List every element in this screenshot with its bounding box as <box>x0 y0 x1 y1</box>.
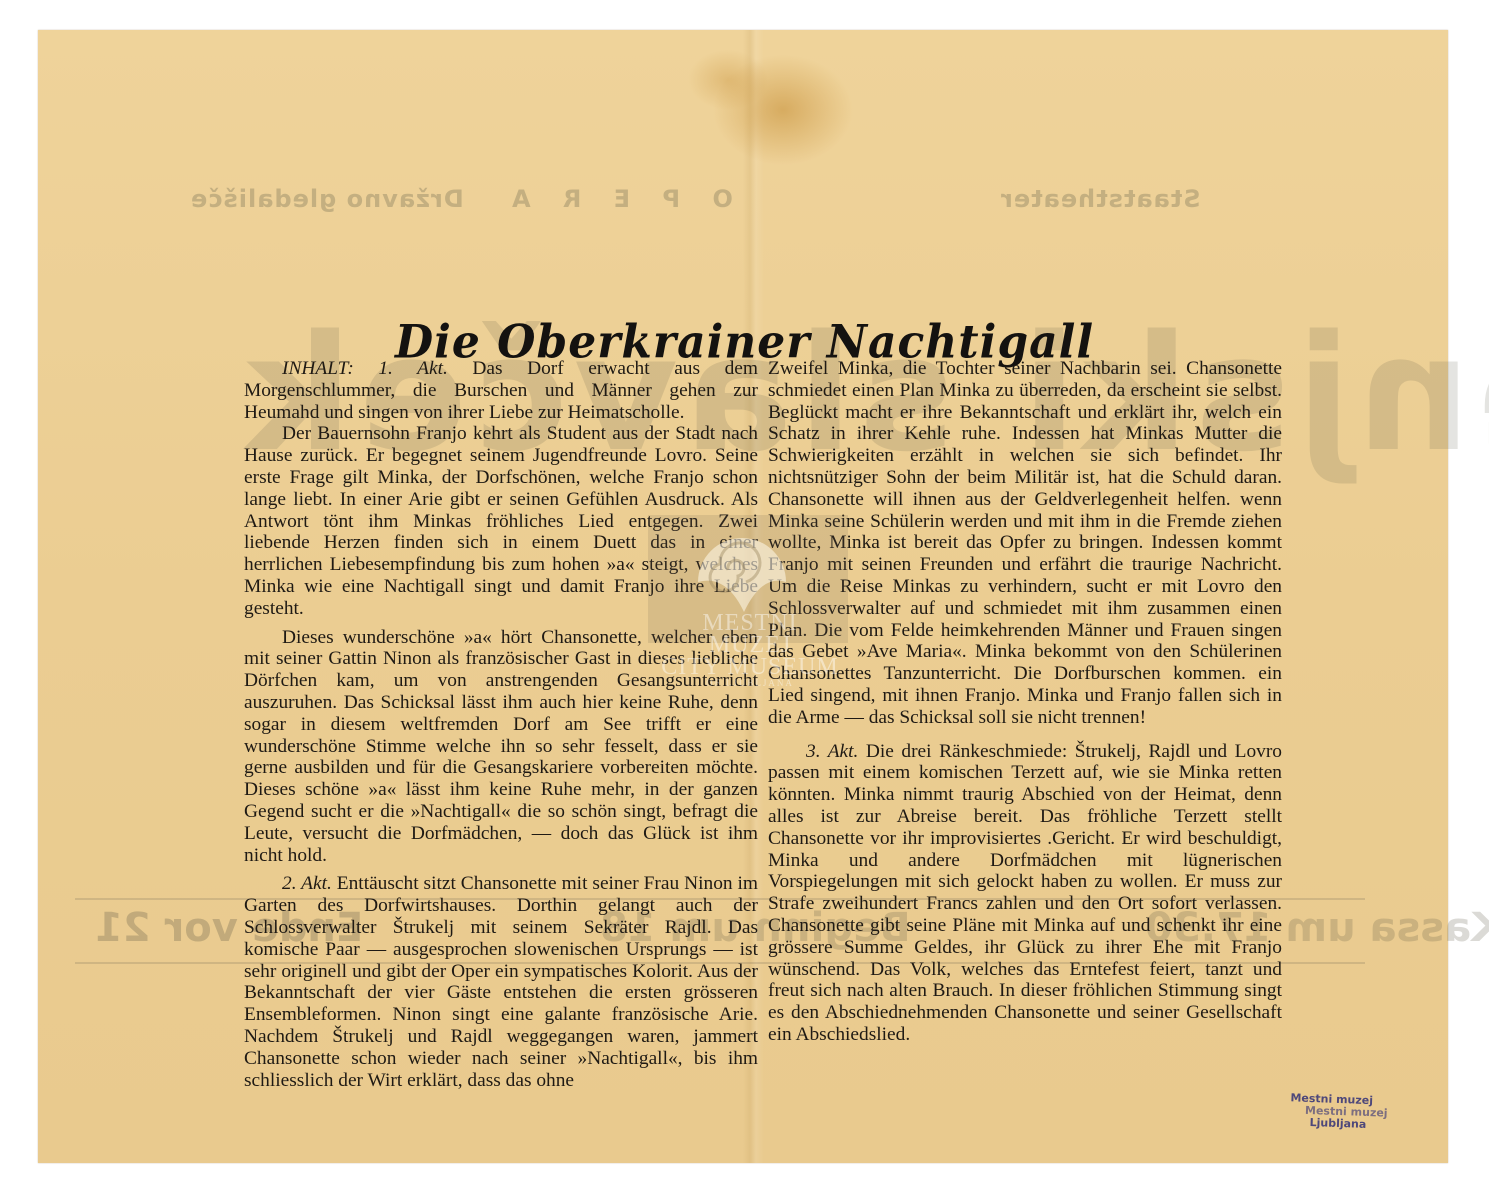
bleed-through-text: Staatstheater <box>1000 185 1201 213</box>
paragraph: 2. Akt. Enttäuscht sitzt Chansonette mit… <box>244 873 758 1091</box>
paragraph-text: Die drei Ränkeschmiede: Štrukelj, Rajdl … <box>768 741 1282 1045</box>
watermark-line: CITY MUSEUM <box>660 656 840 678</box>
watermark-text: MESTNI MUZEJ CITY MUSEUM OF LJUBLJANA <box>660 612 840 688</box>
act-label: INHALT: 1. Akt. <box>282 358 448 379</box>
left-column: INHALT: 1. Akt. Das Dorf erwacht aus dem… <box>244 358 758 1091</box>
museum-stamp: Mestni muzej Mestni muzej Ljubljana <box>1289 1092 1388 1131</box>
paragraph: 3. Akt. Die drei Ränkeschmiede: Štrukelj… <box>768 741 1282 1046</box>
right-column: Zweifel Minka, die Tochter seiner Nachba… <box>768 358 1282 1046</box>
bleed-through-text: O P E R A <box>500 185 733 213</box>
paragraph: INHALT: 1. Akt. Das Dorf erwacht aus dem… <box>244 358 758 423</box>
act-label: 3. Akt. <box>806 741 858 762</box>
paragraph-text: Enttäuscht sitzt Chansonette mit seiner … <box>244 873 758 1090</box>
bleed-through-text: Državno gledališče <box>190 185 464 213</box>
act-label: 2. Akt. <box>282 873 332 894</box>
watermark-line: MESTNI MUZEJ <box>660 612 840 656</box>
